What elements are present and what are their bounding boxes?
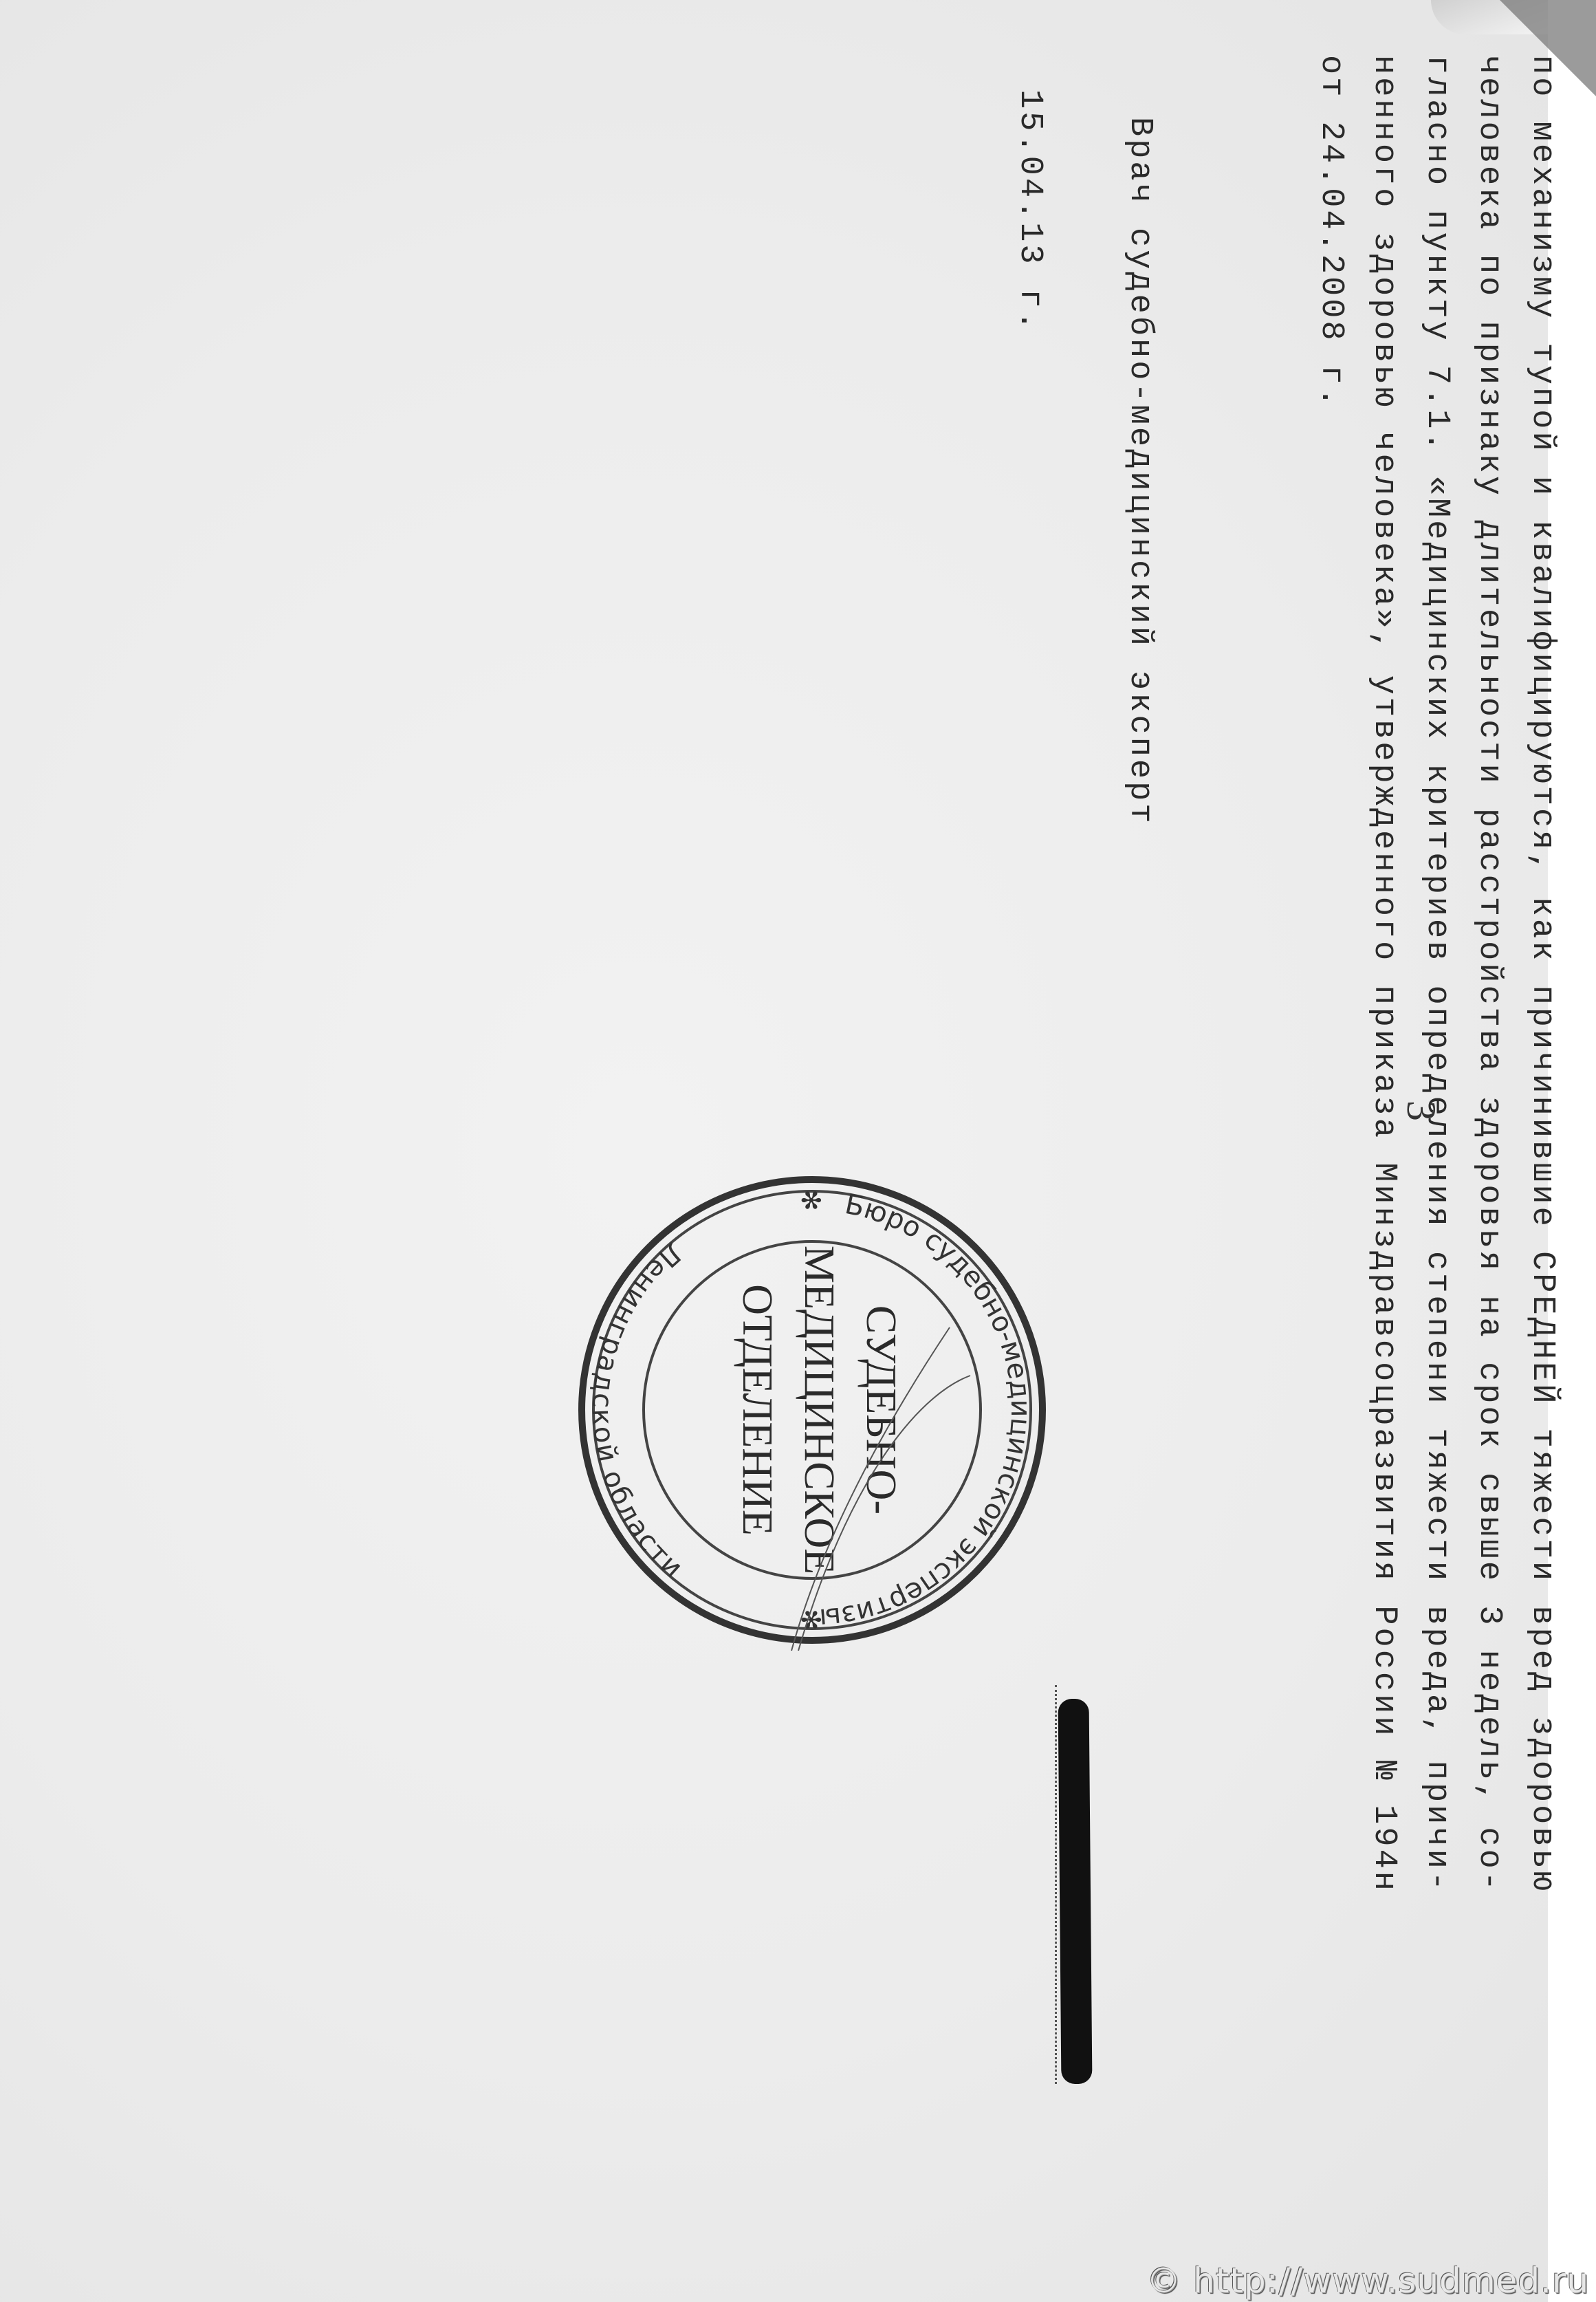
rotated-document: по механизму тупой и квалифицируются, ка… [0,0,1596,2302]
stamp-center-line-2: МЕДИЦИНСКОЕ [796,1246,842,1574]
stamp-star-left: ✻ [792,1191,828,1210]
body-line-3: гласно пункту 7.1. «Медицинских критерие… [1421,55,1453,1893]
stamp-outer-top: Бюро судебно-медицинской экспертизы [818,1188,1036,1634]
page-number: 3 [1397,1100,1445,1121]
body-line-5: от 24.04.2008 г. [1315,55,1347,409]
redacted-signature [1058,1699,1093,2084]
document-date: 15.04.13 г. [1014,89,1046,333]
body-line-4: ненного здоровью человека», утвержденног… [1368,55,1400,1893]
signature-title: Врач судебно-медицинский эксперт [1124,117,1156,826]
official-stamp: Бюро судебно-медицинской экспертизы Лени… [571,1169,1053,1651]
watermark: © http://www.sudmed.ru [1146,2261,1589,2301]
body-line-2: человека по признаку длительности расстр… [1473,55,1505,1893]
body-line-1: по механизму тупой и квалифицируются, ка… [1526,55,1558,1893]
stamp-outer-bottom: Ленинградской области [586,1236,688,1584]
stamp-center-line-3: ОТДЕЛЕНИЕ [734,1284,780,1535]
